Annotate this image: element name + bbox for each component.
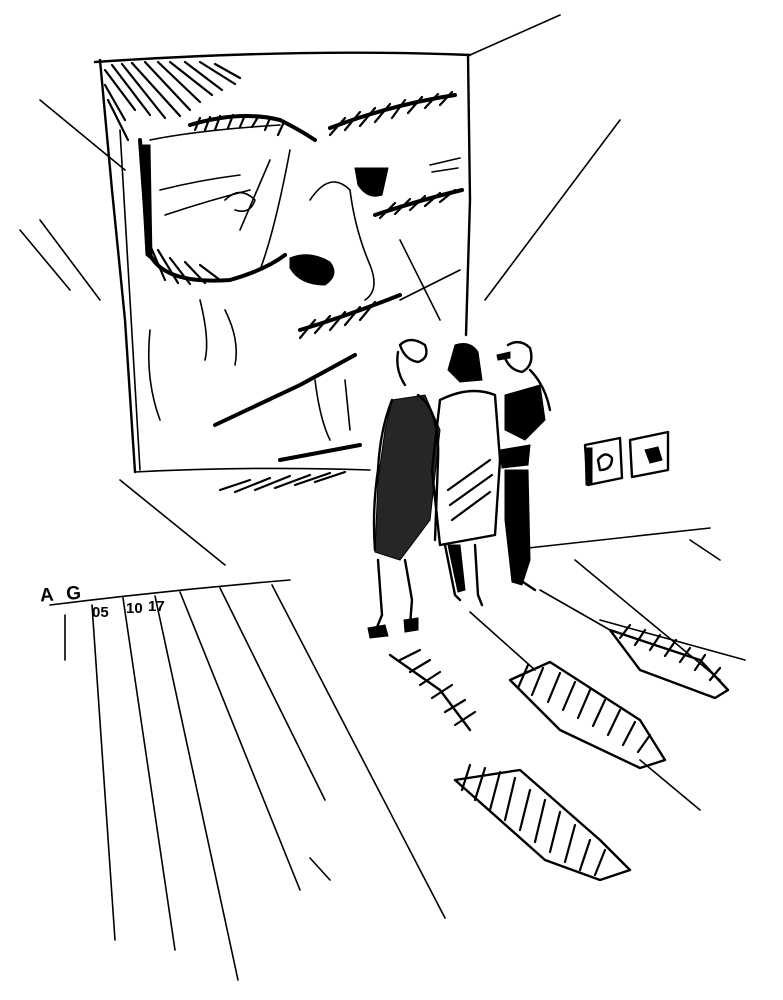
screen-corner-hatching: [105, 62, 240, 140]
date-month: 10: [126, 600, 143, 617]
visitor-left: [368, 340, 440, 638]
visitor-right: [497, 342, 550, 590]
date-day: 05: [92, 604, 109, 621]
wall-outlets: [585, 432, 668, 485]
cast-shadows: [390, 590, 745, 880]
projection-screen: [20, 15, 620, 565]
date-year: 17: [148, 598, 165, 615]
sketch-canvas: [0, 0, 783, 1000]
artist-initials: A G: [39, 582, 86, 607]
visitor-center: [432, 344, 500, 605]
